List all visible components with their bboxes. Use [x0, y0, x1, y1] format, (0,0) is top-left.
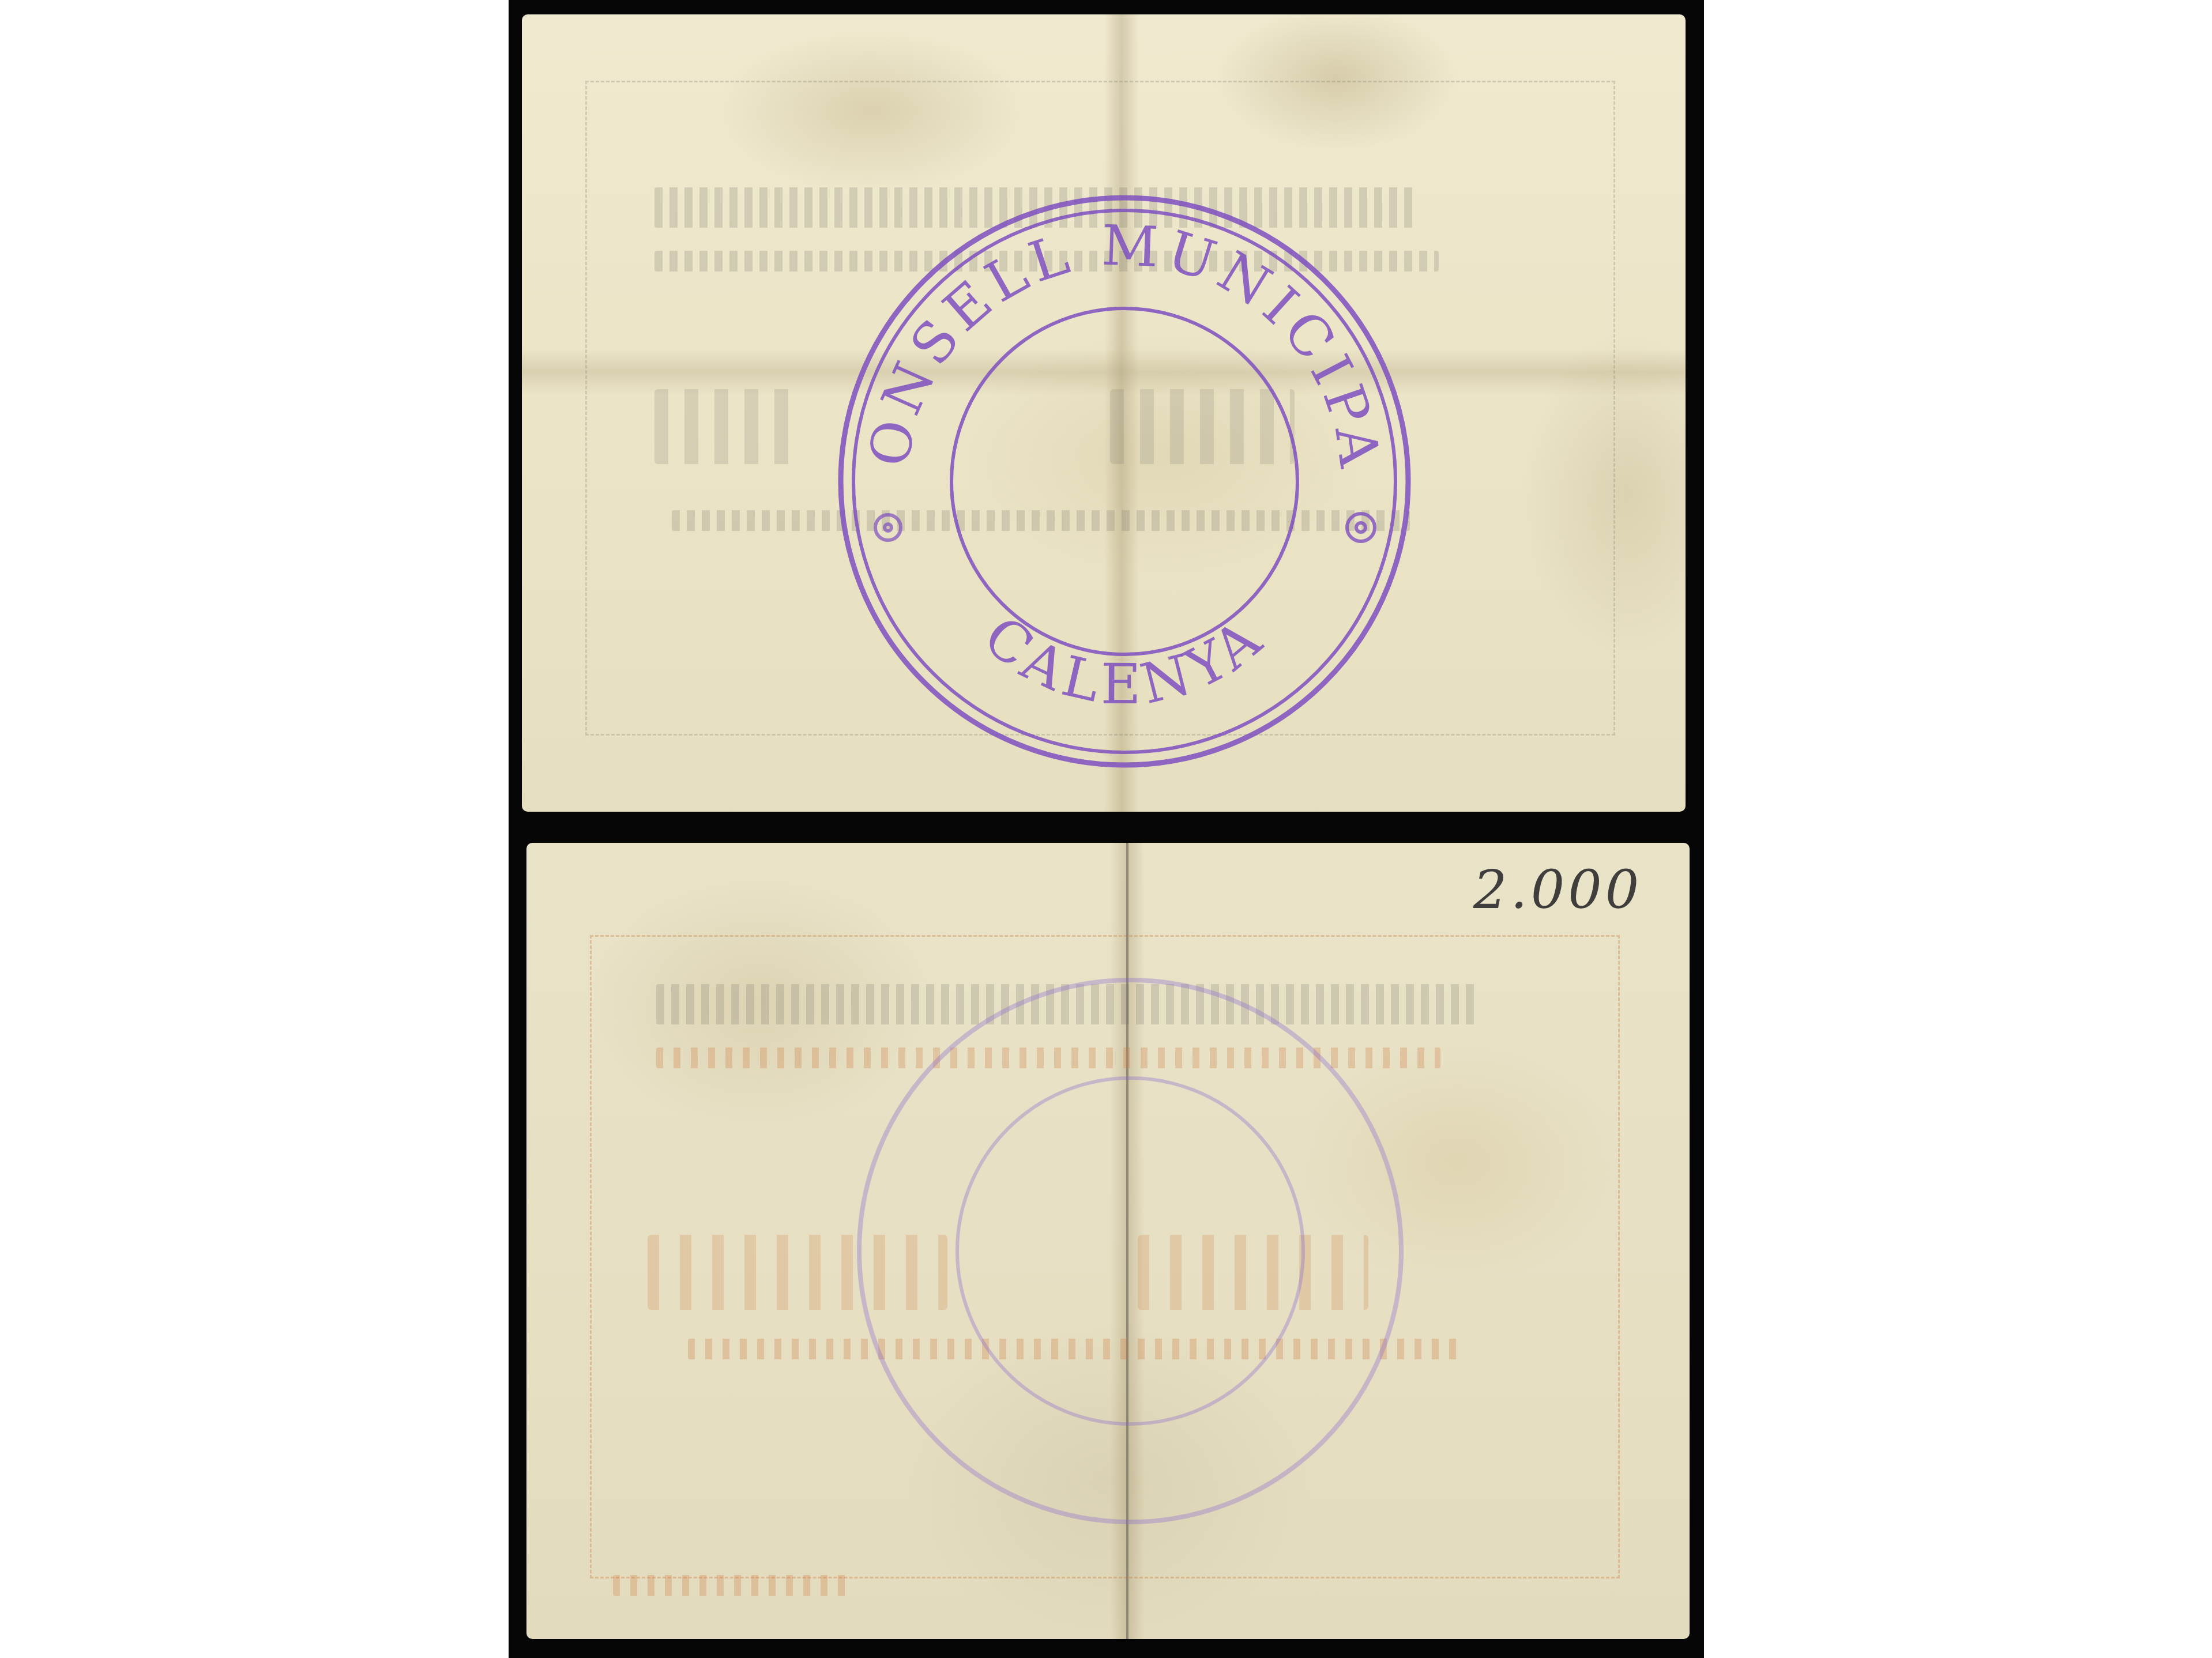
- rosette-icon: [1347, 514, 1375, 541]
- rosette-icon: [875, 515, 901, 540]
- printer-imprint: [613, 1575, 855, 1596]
- faint-stamp-show-through: [830, 951, 1430, 1551]
- show-through-text: [654, 389, 804, 464]
- stamp-top-text: CONSELL MUNICIPAL: [800, 130, 1393, 476]
- handwritten-number: 2.000: [1473, 859, 1642, 921]
- stamp-bottom-text: CALENYA: [972, 604, 1277, 717]
- municipal-stamp: CONSELL MUNICIPAL CALENYA: [825, 182, 1424, 781]
